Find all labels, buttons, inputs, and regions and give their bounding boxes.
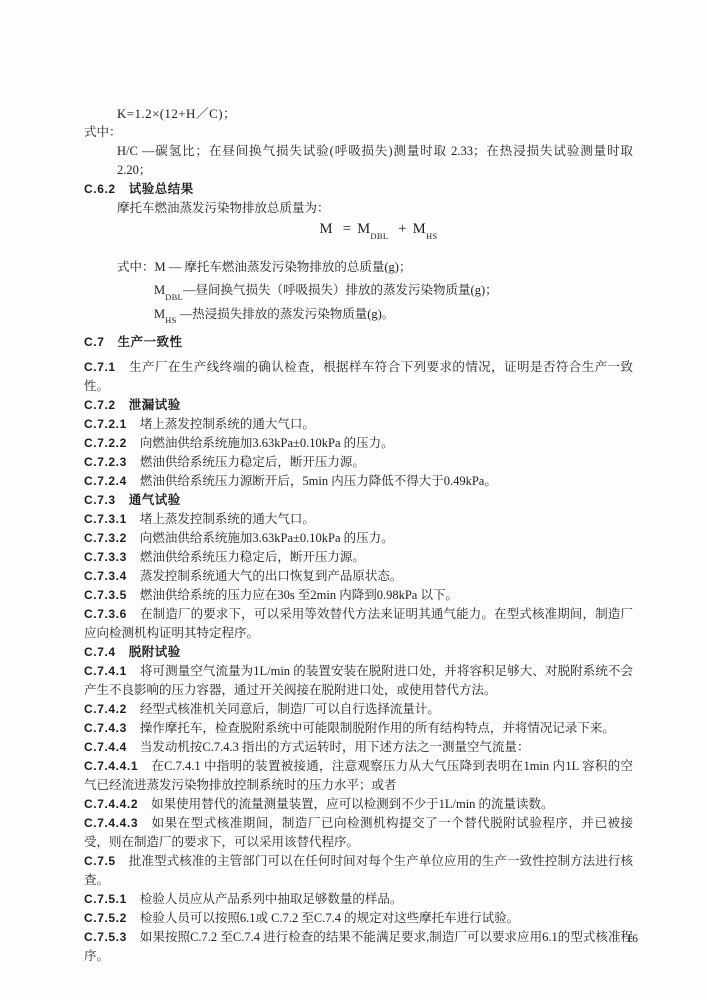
clause-number: C.7.3.4 bbox=[84, 569, 127, 583]
clause-number: C.7.3.2 bbox=[84, 531, 127, 545]
clause-number: C.7.2 bbox=[84, 398, 116, 412]
clause-number: C.7.5.2 bbox=[84, 911, 127, 925]
clause-number: C.6.2 bbox=[84, 182, 116, 196]
clause-text: 燃油供给系统压力稳定后，断开压力源。 bbox=[140, 550, 365, 564]
clause-text: 将可测量空气流量为1L/min 的装置安装在脱附进口处，并将容积足够大、对脱附系… bbox=[84, 664, 633, 697]
equation-k: K=1.2×(12+H／C)； bbox=[84, 104, 633, 123]
clause-row: C.7.2泄漏试验 bbox=[84, 396, 633, 415]
document-page: K=1.2×(12+H／C)； 式中： H/C —碳氢比；在昼间换气损失试验(呼… bbox=[0, 0, 707, 1000]
clause-row: C.7.2.3燃油供给系统压力稳定后，断开压力源。 bbox=[84, 453, 633, 472]
equation-total-mass: M =MDBL +MHS bbox=[124, 220, 633, 244]
clause-number: C.7.4.4.3 bbox=[84, 816, 138, 830]
clause-row: C.7.3.6在制造厂的要求下，可以采用等效替代方法来证明其通气能力。在型式核准… bbox=[84, 605, 633, 643]
where-k-hc-line: H/C —碳氢比；在昼间换气损失试验(呼吸损失)测量时取 2.33；在热浸损失试… bbox=[84, 142, 633, 180]
clause-row: C.7.4.4当发动机按C.7.4.3 指出的方式运转时，用下述方法之一测量空气… bbox=[84, 738, 633, 757]
clause-text: 在C.7.4.1 中指明的装置被接通，注意观察压力从大气压降到表明在1min 内… bbox=[84, 759, 633, 792]
clause-number: C.7.2.4 bbox=[84, 474, 127, 488]
where-m-row: MHS —热浸损失排放的蒸发污染物质量(g)。 bbox=[84, 305, 633, 329]
clause-text: 燃油供给系统压力源断开后，5min 内压力降低不得大于0.49kPa。 bbox=[140, 474, 497, 488]
clause-text: 在制造厂的要求下，可以采用等效替代方法来证明其通气能力。在型式核准期间，制造厂应… bbox=[84, 607, 633, 640]
clause-row: C.7.3.1堵上蒸发控制系统的通大气口。 bbox=[84, 510, 633, 529]
clause-text: 如果在型式核准期间，制造厂已向检测机构提交了一个替代脱附试验程序，并已被接受，则… bbox=[84, 816, 633, 849]
where-m-row: 式中：M — 摩托车燃油蒸发污染物排放的总质量(g)； bbox=[84, 258, 633, 282]
clause-text: 当发动机按C.7.4.3 指出的方式运转时，用下述方法之一测量空气流量： bbox=[140, 740, 530, 754]
section-heading-c7: C.7生产一致性 bbox=[84, 333, 633, 352]
clause-row: C.7.2.4燃油供给系统压力源断开后，5min 内压力降低不得大于0.49kP… bbox=[84, 472, 633, 491]
clause-number: C.7.4.2 bbox=[84, 702, 127, 716]
clause-text: 蒸发控制系统通大气的出口恢复到产品原状态。 bbox=[140, 569, 403, 583]
clause-text: 泄漏试验 bbox=[129, 398, 181, 412]
clause-number: C.7.5 bbox=[84, 854, 116, 868]
clause-number: C.7.4.4 bbox=[84, 740, 127, 754]
clause-number: C.7 bbox=[84, 335, 104, 349]
clause-row: C.7.3通气试验 bbox=[84, 491, 633, 510]
clause-number: C.7.3.3 bbox=[84, 550, 127, 564]
clause-text: 燃油供给系统压力稳定后，断开压力源。 bbox=[140, 455, 365, 469]
clause-text: 向燃油供给系统施加3.63kPa±0.10kPa 的压力。 bbox=[140, 531, 394, 545]
clause-row: C.7.4脱附试验 bbox=[84, 643, 633, 662]
clause-text: 如果按照C.7.2 至C.7.4 进行检查的结果不能满足要求,制造厂可以要求应用… bbox=[84, 930, 633, 963]
clause-text: 燃油供给系统的压力应在30s 至2min 内降到0.98kPa 以下。 bbox=[140, 588, 458, 602]
clause-row: C.7.2.2向燃油供给系统施加3.63kPa±0.10kPa 的压力。 bbox=[84, 434, 633, 453]
clause-row: C.7.4.4.1在C.7.4.1 中指明的装置被接通，注意观察压力从大气压降到… bbox=[84, 757, 633, 795]
clause-row: C.7.4.3操作摩托车，检查脱附系统中可能限制脱附作用的所有结构特点，并将情况… bbox=[84, 719, 633, 738]
section-heading-c62: C.6.2试验总结果 bbox=[84, 180, 633, 199]
clause-number: C.7.4.4.1 bbox=[84, 759, 138, 773]
clause-row: C.7.4.2经型式核准机关同意后，制造厂可以自行选择流量计。 bbox=[84, 700, 633, 719]
clause-number: C.7.5.1 bbox=[84, 892, 127, 906]
clause-row: C.7.3.3燃油供给系统压力稳定后，断开压力源。 bbox=[84, 548, 633, 567]
clause-text: 堵上蒸发控制系统的通大气口。 bbox=[140, 417, 315, 431]
clause-number: C.7.2.2 bbox=[84, 436, 127, 450]
clause-row: C.7.2.1堵上蒸发控制系统的通大气口。 bbox=[84, 415, 633, 434]
clause-row: C.7.4.4.3如果在型式核准期间，制造厂已向检测机构提交了一个替代脱附试验程… bbox=[84, 814, 633, 852]
clause-row: C.7.4.4.2如果使用替代的流量测量装置，应可以检测到不少于1L/min 的… bbox=[84, 795, 633, 814]
clause-row: C.7.3.2向燃油供给系统施加3.63kPa±0.10kPa 的压力。 bbox=[84, 529, 633, 548]
clause-row: C.7.3.4蒸发控制系统通大气的出口恢复到产品原状态。 bbox=[84, 567, 633, 586]
clause-text: 堵上蒸发控制系统的通大气口。 bbox=[140, 512, 315, 526]
page-content: K=1.2×(12+H／C)； 式中： H/C —碳氢比；在昼间换气损失试验(呼… bbox=[84, 104, 633, 966]
section-title: 生产一致性 bbox=[117, 335, 182, 349]
clause-number: C.7.3.6 bbox=[84, 607, 127, 621]
clause-row: C.7.5批准型式核准的主管部门可以在任何时间对每个生产单位应用的生产一致性控制… bbox=[84, 852, 633, 890]
where-m-row: MDBL—昼间换气损失（呼吸损失）排放的蒸发污染物质量(g)； bbox=[84, 281, 633, 305]
clause-number: C.7.4.3 bbox=[84, 721, 127, 735]
clause-text: 脱附试验 bbox=[129, 645, 181, 659]
clause-text: 如果使用替代的流量测量装置，应可以检测到不少于1L/min 的流量读数。 bbox=[151, 797, 553, 811]
clause-text: 批准型式核准的主管部门可以在任何时间对每个生产单位应用的生产一致性控制方法进行核… bbox=[84, 854, 633, 887]
clause-number: C.7.3.1 bbox=[84, 512, 127, 526]
clauses: C.7.1生产厂在生产线终端的确认检查，根据样车符合下列要求的情况，证明是否符合… bbox=[84, 358, 633, 966]
equation-k-text: K=1.2×(12+H／C)； bbox=[117, 106, 236, 121]
clause-number: C.7.3 bbox=[84, 493, 116, 507]
clause-text: 生产厂在生产线终端的确认检查，根据样车符合下列要求的情况，证明是否符合生产一致性… bbox=[84, 360, 633, 393]
clause-row: C.7.5.2检验人员可以按照6.1或 C.7.2 至C.7.4 的规定对这些摩… bbox=[84, 909, 633, 928]
clause-text: 经型式核准机关同意后，制造厂可以自行选择流量计。 bbox=[140, 702, 440, 716]
page-number: 16 bbox=[627, 930, 639, 949]
clause-number: C.7.4 bbox=[84, 645, 116, 659]
c62-intro: 摩托车燃油蒸发污染物排放总质量为： bbox=[84, 199, 633, 218]
where-k-label: 式中： bbox=[84, 123, 633, 142]
clause-number: C.7.4.4.2 bbox=[84, 797, 138, 811]
clause-text: 向燃油供给系统施加3.63kPa±0.10kPa 的压力。 bbox=[140, 436, 394, 450]
section-title: 试验总结果 bbox=[129, 182, 194, 196]
clause-row: C.7.1生产厂在生产线终端的确认检查，根据样车符合下列要求的情况，证明是否符合… bbox=[84, 358, 633, 396]
clause-number: C.7.3.5 bbox=[84, 588, 127, 602]
clause-row: C.7.3.5燃油供给系统的压力应在30s 至2min 内降到0.98kPa 以… bbox=[84, 586, 633, 605]
clause-number: C.7.4.1 bbox=[84, 664, 127, 678]
clause-number: C.7.2.1 bbox=[84, 417, 127, 431]
clause-number: C.7.5.3 bbox=[84, 930, 127, 944]
clause-row: C.7.5.1检验人员应从产品系列中抽取足够数量的样品。 bbox=[84, 890, 633, 909]
clause-text: 检验人员可以按照6.1或 C.7.2 至C.7.4 的规定对这些摩托车进行试验。 bbox=[140, 911, 519, 925]
clause-row: C.7.4.1将可测量空气流量为1L/min 的装置安装在脱附进口处，并将容积足… bbox=[84, 662, 633, 700]
clause-row: C.7.5.3如果按照C.7.2 至C.7.4 进行检查的结果不能满足要求,制造… bbox=[84, 928, 633, 966]
clause-number: C.7.2.3 bbox=[84, 455, 127, 469]
clause-text: 通气试验 bbox=[129, 493, 181, 507]
clause-text: 操作摩托车，检查脱附系统中可能限制脱附作用的所有结构特点，并将情况记录下来。 bbox=[140, 721, 615, 735]
clause-text: 检验人员应从产品系列中抽取足够数量的样品。 bbox=[140, 892, 403, 906]
clause-number: C.7.1 bbox=[84, 360, 116, 374]
